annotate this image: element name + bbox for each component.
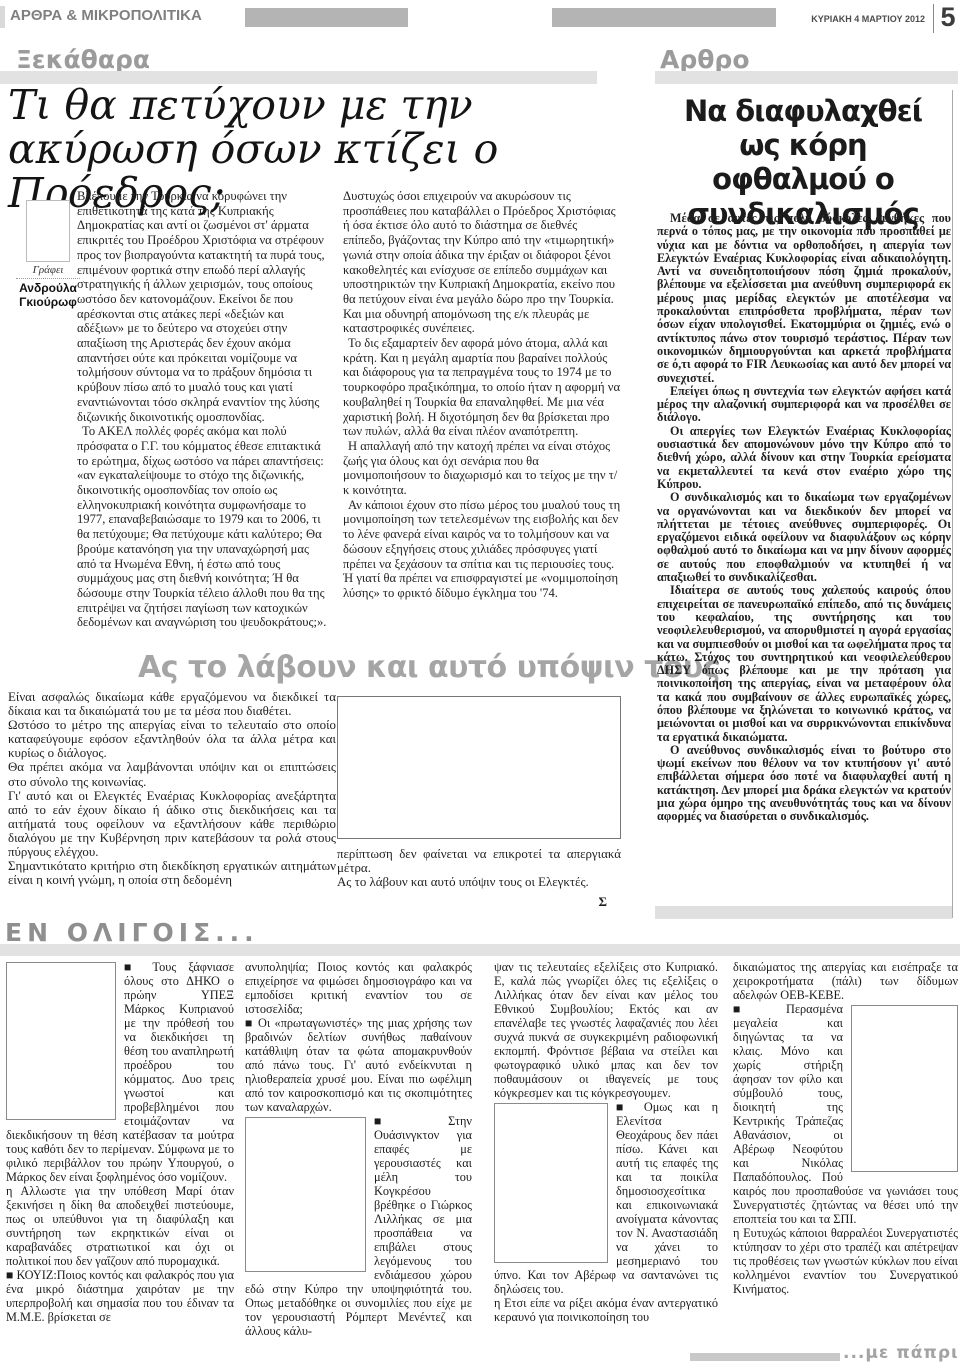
briefs-section-title: ΕΝ ΟΛΙΓΟΙΣ...: [5, 918, 259, 947]
page-number: 5: [936, 2, 960, 33]
brief-item: ψαν τις τελευταίες εξελίξεις στο Κυπριακ…: [494, 960, 718, 1100]
paragraph: Ωστόσο το μέτρο της απεργίας είναι το τε…: [8, 718, 336, 760]
kicker-underline-bar: [655, 71, 958, 84]
kicker-arthro: Αρθρο: [660, 45, 750, 74]
photo-placeholder: [851, 1005, 958, 1172]
strike-note-right-column: περίπτωση δεν φαίνεται να επικροτεί τα α…: [337, 847, 621, 909]
briefs-column-2: ανυποληψία; Ποιος κοντός και φαλακρός επ…: [245, 960, 472, 1366]
footer-label: ...με πάπρικα: [843, 1343, 958, 1363]
photo-placeholder: [6, 962, 116, 1120]
editorial-title: Να διαφυλαχθεί ως κόρη οφθαλμού ο συνδικ…: [663, 94, 943, 231]
brief-item: ■ Οι «πρωταγωνιστές» της μιας χρήσης των…: [245, 1016, 472, 1114]
main-article-column-2: Δυστυχώς όσοι επιχειρούν να ακυρώσουν τι…: [343, 189, 621, 659]
kicker-xekathara: Ξεκάθαρα: [16, 45, 150, 74]
strike-note-photo-placeholder: [337, 696, 621, 839]
header-divider-bar: [245, 8, 408, 27]
paragraph: Σημαντικότατο κριτήριο στη διεκδίκηση ερ…: [8, 859, 336, 887]
newspaper-page: ΑΡΘΡΑ & ΜΙΚΡΟΠΟΛΙΤΙΚΑ ΚΥΡΙΑΚΗ 4 ΜΑΡΤΙΟΥ …: [0, 0, 960, 1369]
paragraph: Οι απεργίες των Ελεγκτών Εναέριας Κυκλοφ…: [657, 425, 951, 491]
strike-note-title: Ας το λάβουν και αυτό υπόψιν τους: [138, 650, 720, 685]
paragraph: Ας το λάβουν και αυτό υπόψιν τους οι Ελε…: [337, 875, 621, 889]
section-title: ΑΡΘΡΑ & ΜΙΚΡΟΠΟΛΙΤΙΚΑ: [10, 7, 202, 24]
paragraph: Ιδιαίτερα σε αυτούς τους χαλεπούς καιρού…: [657, 584, 951, 744]
paragraph: Επείγει όπως η συντεχνία των ελεγκτών αφ…: [657, 385, 951, 425]
brief-item: ανυποληψία; Ποιος κοντός και φαλακρός επ…: [245, 960, 472, 1016]
brief-item: δικαιώματος της απεργίας και εισέπραξε τ…: [733, 960, 958, 1002]
paragraph: Βλέπουμε την Τουρκία να κορυφώνει την επ…: [77, 189, 331, 424]
author-photo-placeholder: [26, 200, 70, 262]
paragraph: Θα πρέπει ακόμα να λαμβάνονται υπόψιν κα…: [8, 760, 336, 788]
brief-item: η Ετσι είπε να ρίξει ακόμα έναν αντεργατ…: [494, 1296, 718, 1324]
paragraph: περίπτωση δεν φαίνεται να επικροτεί τα α…: [337, 847, 621, 875]
briefs-column-1: ■ Τους ξάφνιασε όλους στο ΔΗΚΟ ο πρώην Υ…: [6, 960, 234, 1366]
editorial-body: Μέσα σε αυτές τις πολύ δύσκολες συνθήκες…: [657, 212, 951, 906]
paragraph: Ο συνδικαλισμός και το δικαίωμα των εργα…: [657, 491, 951, 584]
photo-placeholder: [245, 1117, 366, 1272]
author-initial: Σ: [337, 895, 621, 909]
header-accent-bar: [0, 6, 5, 28]
paragraph: Δυστυχώς όσοι επιχειρούν να ακυρώσουν τι…: [343, 189, 621, 336]
photo-placeholder: [494, 1103, 608, 1263]
paragraph: Αν κάποιοι έχουν στο πίσω μέρος του μυαλ…: [343, 498, 621, 601]
strike-note-left-column: Είναι ασφαλώς δικαίωμα κάθε εργαζόμενου …: [8, 690, 336, 915]
footer-divider-bar: [690, 1353, 840, 1361]
briefs-underline-bar: [0, 944, 960, 956]
editorial-end-bar: [655, 906, 952, 919]
header-vertical-rule: [933, 4, 934, 33]
editorial-right-rule: [952, 90, 953, 918]
brief-item: ■ ΚΟΥΙΖ:Ποιος κοντός και φαλακρός που γι…: [6, 1268, 234, 1324]
byline-divider: [16, 278, 80, 279]
main-article-column-1: Βλέπουμε την Τουρκία να κορυφώνει την επ…: [77, 189, 331, 649]
paragraph: Γι' αυτό και οι Ελεγκτές Εναέριας Κυκλοφ…: [8, 789, 336, 859]
briefs-column-3: ψαν τις τελευταίες εξελίξεις στο Κυπριακ…: [494, 960, 718, 1366]
header-divider-bar: [552, 8, 776, 27]
issue-date: ΚΥΡΙΑΚΗ 4 ΜΑΡΤΙΟΥ 2012: [790, 14, 925, 24]
paragraph: Το δις εξαμαρτείν δεν αφορά μόνο άτομα, …: [343, 336, 621, 439]
paragraph: Το ΑΚΕΛ πολλές φορές ακόμα και πολύ πρόσ…: [77, 424, 331, 630]
paragraph: Ο ανεύθυνος συνδικαλισμός είναι το βούτυ…: [657, 744, 951, 824]
briefs-column-4: δικαιώματος της απεργίας και εισέπραξε τ…: [733, 960, 958, 1366]
paragraph: Η απαλλαγή από την κατοχή πρέπει να είνα…: [343, 439, 621, 498]
paragraph: Μέσα σε αυτές τις πολύ δύσκολες συνθήκες…: [657, 212, 951, 385]
brief-item: η Αλλωστε για την υπόθεση Μαρί όταν ξεκι…: [6, 1184, 234, 1268]
brief-item: η Ευτυχώς κάποιοι θαρραλέοι Συνεργατιστέ…: [733, 1226, 958, 1296]
paragraph: Είναι ασφαλώς δικαίωμα κάθε εργαζόμενου …: [8, 690, 336, 718]
